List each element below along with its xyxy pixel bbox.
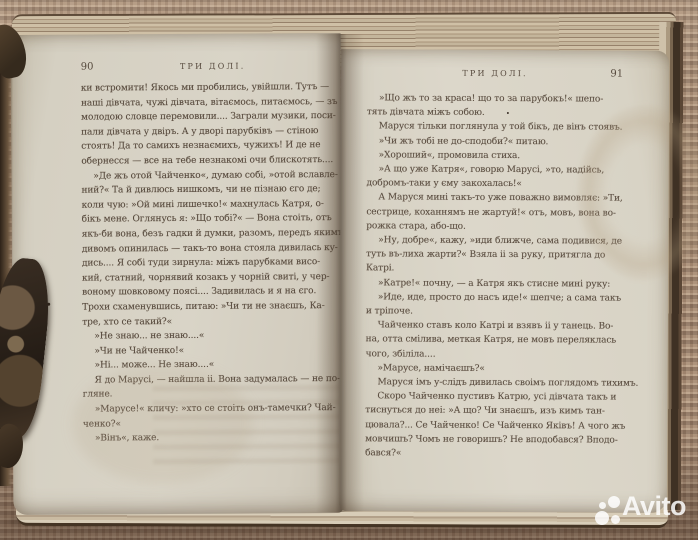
paragraph: »Чи жъ тобі не до-сподоби?« питаю. — [367, 134, 649, 150]
left-running-title: ТРИ ДОЛІ. — [107, 61, 319, 71]
avito-logo-icon — [595, 511, 609, 525]
paragraph: Чайченко ставъ коло Катрі и взявъ іі у т… — [366, 319, 648, 363]
paragraph: ки встромити! Якось ми пробились, увійшл… — [81, 80, 352, 169]
paragraph: »А що уже Катря«, говорю Марусі, »то, на… — [366, 162, 648, 192]
right-page: ТРИ ДОЛІ. 91 »Що жъ то за краса! що то з… — [339, 49, 669, 513]
avito-watermark: Avito — [590, 490, 696, 532]
right-page-text: »Що жъ то за краса! що то за парубокъ!« … — [365, 91, 649, 462]
paragraph: »Де жъ отой Чайченко«, думаю собі, »отой… — [81, 167, 352, 329]
paragraph: А Маруся мині такъ-то уже поважно вимовл… — [366, 191, 648, 235]
watermark-label: Avito — [622, 491, 686, 522]
left-page-number: 90 — [81, 61, 107, 72]
paragraph: »Ні... може... Не знаю....« — [83, 357, 353, 373]
paragraph: »Ну, добре«, кажу, »иди ближче, сама под… — [366, 233, 648, 277]
paragraph: »Чи не Чайченко!« — [82, 343, 352, 359]
paragraph: »Не знаю... не знаю....« — [82, 328, 352, 344]
ink-speck — [507, 112, 509, 114]
right-page-header: ТРИ ДОЛІ. 91 — [367, 67, 623, 79]
left-page: 90 ТРИ ДОЛІ. ки встромити! Якось ми проб… — [11, 33, 344, 515]
avito-logo-icon — [608, 496, 620, 508]
paragraph: »Иде, иде, просто до насъ иде!« шепче; а… — [366, 290, 648, 320]
paragraph: »Марусе, намічаєшъ?« — [366, 361, 648, 377]
paragraph: »Що жъ то за краса! що то за парубокъ!« … — [367, 91, 649, 121]
left-page-header: 90 ТРИ ДОЛІ. — [81, 60, 345, 73]
center-gutter-shadow — [316, 34, 364, 512]
right-page-number: 91 — [597, 68, 623, 79]
avito-logo-icon — [611, 515, 620, 524]
avito-logo-icon — [599, 502, 606, 509]
paragraph: Скоро Чайченко пустивъ Катрю, усі дівчат… — [365, 390, 647, 462]
book-photo: 90 ТРИ ДОЛІ. ки встромити! Якось ми проб… — [0, 0, 698, 540]
paragraph: Маруся тільки поглянула у той бікъ, де в… — [367, 120, 649, 136]
right-running-title: ТРИ ДОЛІ. — [393, 68, 597, 78]
paragraph: »Хороший«, промовила стиха. — [367, 148, 649, 164]
paragraph: Маруся імъ у-слідъ дивилась своімъ погля… — [365, 375, 647, 391]
paragraph: »Катре!« почну, — а Катря якъ стисне мин… — [366, 276, 648, 292]
